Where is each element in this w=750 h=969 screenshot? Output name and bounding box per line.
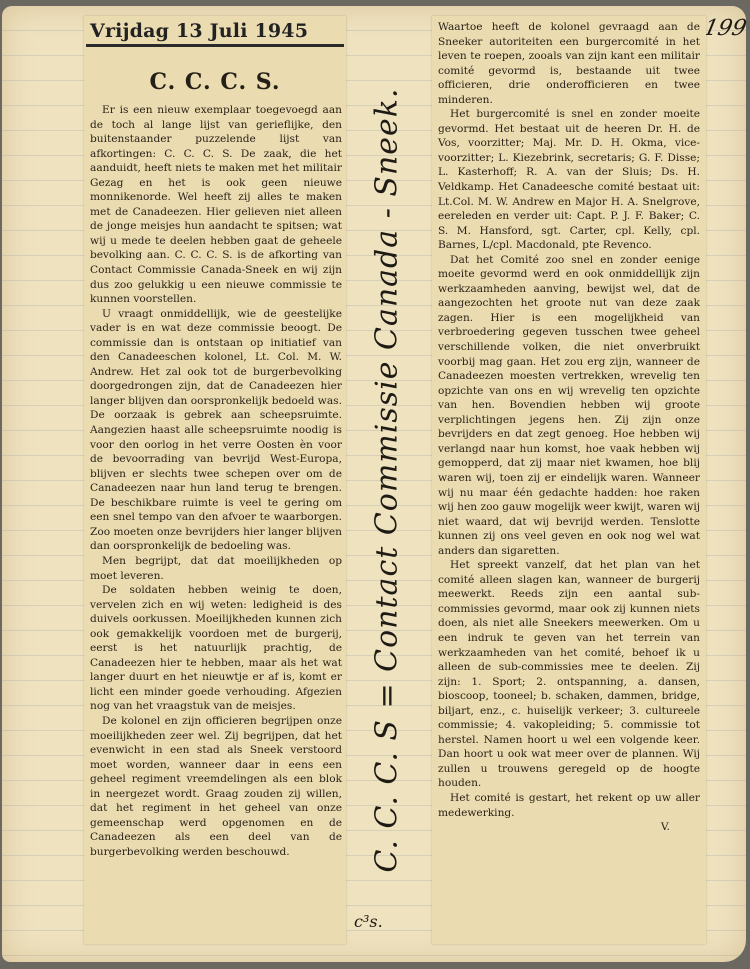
signature: V. — [438, 820, 700, 835]
paragraph: U vraagt onmiddellijk, wie de geestelijk… — [90, 307, 342, 554]
handwritten-abbreviation: c³s. — [354, 912, 383, 931]
paragraph: De kolonel en zijn officieren begrijpen … — [90, 714, 342, 859]
paragraph: Men begrijpt, dat dat moeilijkheden op m… — [90, 554, 342, 583]
paragraph-continuation: Waartoe heeft de kolonel gevraagd aan de… — [438, 20, 700, 107]
paragraph: Het spreekt vanzelf, dat het plan van he… — [438, 558, 700, 791]
handwritten-annotation: C. C. C. S = Contact Commissie Canada - … — [370, 88, 405, 873]
newspaper-clipping-left: Vrijdag 13 Juli 1945 C. C. C. S. Er is e… — [84, 16, 346, 944]
newspaper-clipping-right: Waartoe heeft de kolonel gevraagd aan de… — [432, 16, 706, 944]
paragraph: Het burgercomité is snel en zonder moeit… — [438, 107, 700, 252]
headline: C. C. C. S. — [84, 69, 346, 95]
dateline-rule — [86, 44, 344, 47]
dateline: Vrijdag 13 Juli 1945 — [84, 16, 346, 44]
paragraph: Dat het Comité zoo snel en zonder eenige… — [438, 253, 700, 558]
left-column-body: Er is een nieuw exemplaar toegevoegd aan… — [84, 103, 346, 859]
right-column-body: Waartoe heeft de kolonel gevraagd aan de… — [432, 16, 706, 835]
paragraph: De soldaten hebben weinig te doen, verve… — [90, 583, 342, 714]
handwritten-page-number: 199 — [701, 16, 748, 41]
paragraph: Er is een nieuw exemplaar toegevoegd aan… — [90, 103, 342, 307]
paragraph: Het comité is gestart, het rekent op uw … — [438, 791, 700, 820]
